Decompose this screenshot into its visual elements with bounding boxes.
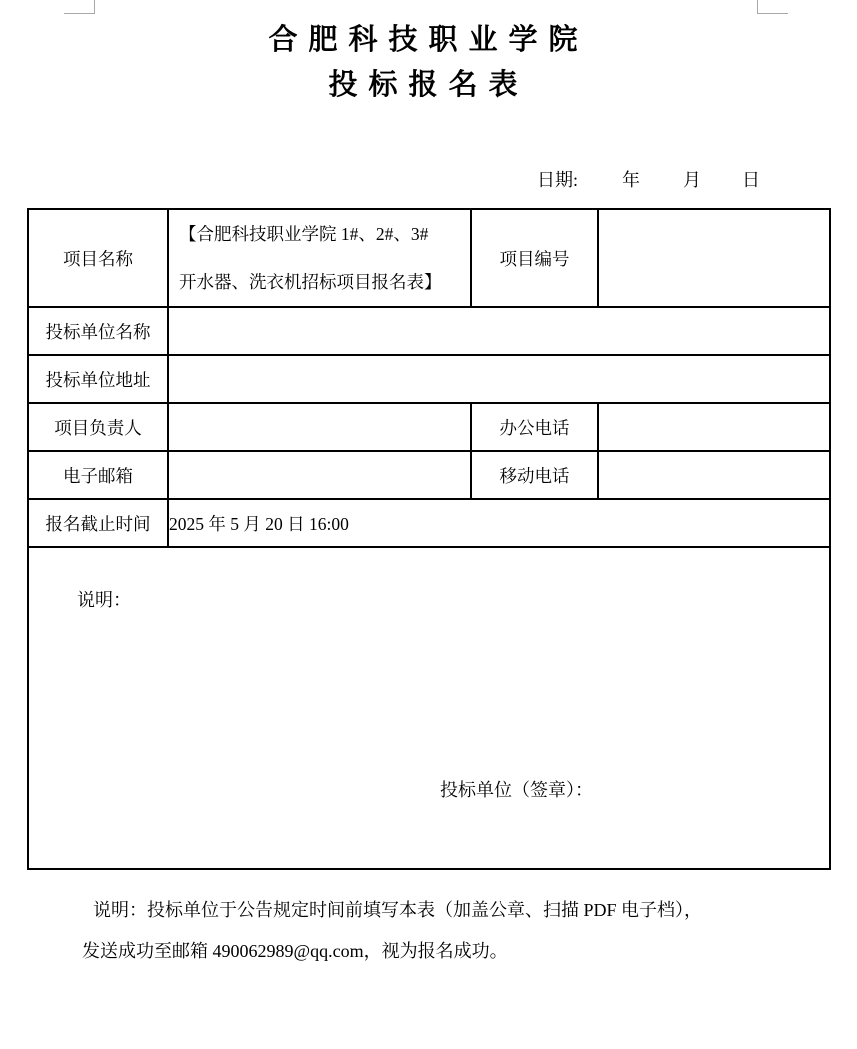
registration-form-table: 项目名称 【合肥科技职业学院 1#、2#、3# 开水器、洗衣机招标项目报名表】 …	[27, 208, 831, 870]
table-row-email-mobile: 电子邮箱 移动电话	[28, 451, 830, 499]
footer-note-line1: 说明：投标单位于公告规定时间前填写本表（加盖公章、扫描 PDF 电子档），	[93, 896, 702, 922]
deadline-label: 报名截止时间	[46, 514, 151, 534]
bidder-name-label-cell: 投标单位名称	[28, 307, 168, 355]
date-day-label: 日	[742, 166, 760, 192]
footer-note-line2: 发送成功至邮箱 490062989@qq.com，视为报名成功。	[82, 937, 508, 963]
notes-cell[interactable]: 说明： 投标单位（签章）：	[28, 547, 830, 869]
deadline-label-cell: 报名截止时间	[28, 499, 168, 547]
margin-crop-mark-left	[64, 0, 95, 14]
bidder-address-label: 投标单位地址	[46, 370, 151, 390]
table-row-deadline: 报名截止时间 2025 年 5 月 20 日 16:00	[28, 499, 830, 547]
signature-label: 投标单位（签章）：	[440, 776, 593, 802]
project-no-value-cell[interactable]	[598, 209, 830, 307]
project-name-label-cell: 项目名称	[28, 209, 168, 307]
table-row-bidder-address: 投标单位地址	[28, 355, 830, 403]
mobile-phone-value-cell[interactable]	[598, 451, 830, 499]
table-row-project: 项目名称 【合肥科技职业学院 1#、2#、3# 开水器、洗衣机招标项目报名表】 …	[28, 209, 830, 307]
date-year-label: 年	[622, 166, 640, 192]
project-leader-value-cell[interactable]	[168, 403, 471, 451]
document-title-block: 合肥科技职业学院 投标报名表	[0, 18, 857, 108]
table-row-notes: 说明： 投标单位（签章）：	[28, 547, 830, 869]
project-name-value-line1: 【合肥科技职业学院 1#、2#、3#	[169, 210, 470, 258]
mobile-phone-label-cell: 移动电话	[471, 451, 598, 499]
bidder-name-value-cell[interactable]	[168, 307, 830, 355]
deadline-value-cell: 2025 年 5 月 20 日 16:00	[168, 499, 830, 547]
table-row-leader-phone: 项目负责人 办公电话	[28, 403, 830, 451]
email-label: 电子邮箱	[63, 466, 133, 486]
email-value-cell[interactable]	[168, 451, 471, 499]
office-phone-label-cell: 办公电话	[471, 403, 598, 451]
mobile-phone-label: 移动电话	[500, 466, 570, 486]
project-leader-label-cell: 项目负责人	[28, 403, 168, 451]
project-leader-label: 项目负责人	[54, 418, 142, 438]
office-phone-value-cell[interactable]	[598, 403, 830, 451]
date-label: 日期:	[537, 166, 578, 192]
project-no-label-cell: 项目编号	[471, 209, 598, 307]
email-label-cell: 电子邮箱	[28, 451, 168, 499]
document-title-line1: 合肥科技职业学院	[0, 18, 857, 63]
project-name-value-cell: 【合肥科技职业学院 1#、2#、3# 开水器、洗衣机招标项目报名表】	[168, 209, 471, 307]
bidder-address-label-cell: 投标单位地址	[28, 355, 168, 403]
notes-label: 说明：	[77, 586, 131, 612]
margin-crop-mark-right	[757, 0, 788, 14]
date-month-label: 月	[683, 166, 701, 192]
table-row-bidder-name: 投标单位名称	[28, 307, 830, 355]
project-name-label: 项目名称	[63, 249, 133, 269]
bidder-address-value-cell[interactable]	[168, 355, 830, 403]
bidder-name-label: 投标单位名称	[46, 322, 151, 342]
project-name-value-line2: 开水器、洗衣机招标项目报名表】	[169, 258, 470, 306]
office-phone-label: 办公电话	[500, 418, 570, 438]
date-line: 日期: 年 月 日	[0, 166, 857, 190]
project-no-label: 项目编号	[500, 249, 570, 269]
document-page: 合肥科技职业学院 投标报名表 日期: 年 月 日 项目名称 【合肥科技职业学院 …	[0, 0, 857, 1049]
document-title-line2: 投标报名表	[0, 63, 857, 108]
